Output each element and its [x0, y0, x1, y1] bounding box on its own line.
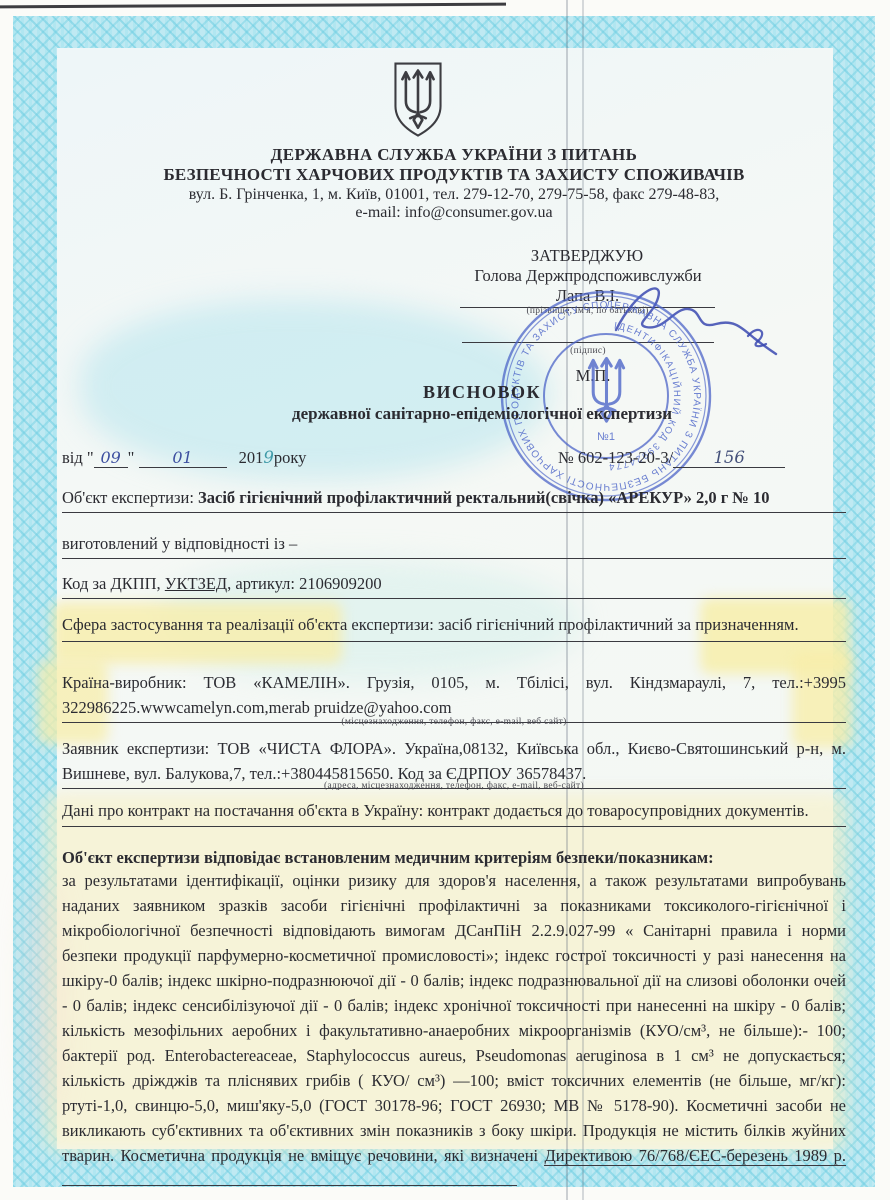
date-year-handwritten: 9	[263, 448, 274, 467]
number-handwritten: 156	[673, 448, 785, 468]
object-label: Об'єкт експертизи:	[62, 488, 198, 507]
date-suffix: року	[274, 448, 307, 467]
code-line: Код за ДКПП, УКТЗЕД, артикул: 2106909200	[62, 574, 846, 599]
conclusion-body-main: за результатами ідентифікації, оцінки ри…	[62, 871, 846, 1165]
object-value: Засіб гігієнічний профілактичний ректаль…	[198, 488, 769, 507]
conclusion-body-last: Директивою 76/768/ЄЕС-березень 1989 р.	[544, 1146, 846, 1166]
producer-line: Країна-виробник: ТОВ «КАМЕЛІН». Грузія, …	[62, 670, 846, 723]
conclusion-heading: Об'єкт експертизи відповідає встановлени…	[62, 848, 846, 868]
applicant-caption: (адреса, місцезнаходження, телефон, факс…	[62, 781, 846, 791]
date-day-handwritten: 09	[94, 448, 128, 468]
scan-top-dark-line	[0, 3, 506, 9]
org-email: e-mail: info@consumer.gov.ua	[62, 204, 846, 222]
document-subtitle: державної санітарно-епідеміологічної екс…	[90, 404, 874, 424]
approve-label: ЗАТВЕРДЖУЮ	[452, 246, 722, 266]
conclusion-trailing-rule	[62, 1183, 517, 1186]
ukraine-trident-shield-icon	[392, 60, 444, 140]
scanned-certificate-page: { "header": { "emblem": "ukraine-trident…	[0, 0, 890, 1200]
date-year-printed: 201	[239, 448, 264, 467]
object-of-expertise-line: Об'єкт експертизи: Засіб гігієнічний про…	[62, 488, 846, 513]
code-pre: Код за ДКПП,	[62, 574, 165, 593]
date-line: від "09" 01 2019року	[62, 448, 306, 468]
conclusion-body: за результатами ідентифікації, оцінки ри…	[62, 868, 846, 1193]
coat-of-arms	[392, 60, 444, 140]
org-name-line2: БЕЗПЕЧНОСТІ ХАРЧОВИХ ПРОДУКТІВ ТА ЗАХИСТ…	[62, 165, 846, 185]
date-prefix: від "	[62, 448, 94, 467]
manufactured-according-line: виготовлений у відповідності із –	[62, 534, 846, 559]
scope-of-use-line: Сфера застосування та реалізації об'єкта…	[62, 612, 846, 642]
org-address: вул. Б. Грінченка, 1, м. Київ, 01001, те…	[62, 186, 846, 204]
stamp-number: №1	[597, 431, 615, 443]
date-quote: "	[128, 448, 135, 467]
code-uktzed: УКТЗЕД	[165, 574, 227, 593]
contract-line: Дані про контракт на постачання об'єкта …	[62, 798, 846, 827]
document-number-line: № 602-123-20-3/156	[558, 448, 785, 468]
number-label: № 602-123-20-3/	[558, 448, 673, 467]
org-name-line1: ДЕРЖАВНА СЛУЖБА УКРАЇНИ З ПИТАНЬ	[62, 145, 846, 165]
code-rest: , артикул: 2106909200	[227, 574, 381, 593]
producer-caption: (місцезнаходження, телефон, факс, e-mail…	[62, 717, 846, 727]
date-month-handwritten: 01	[139, 448, 227, 468]
document-title: ВИСНОВОК	[90, 382, 874, 403]
